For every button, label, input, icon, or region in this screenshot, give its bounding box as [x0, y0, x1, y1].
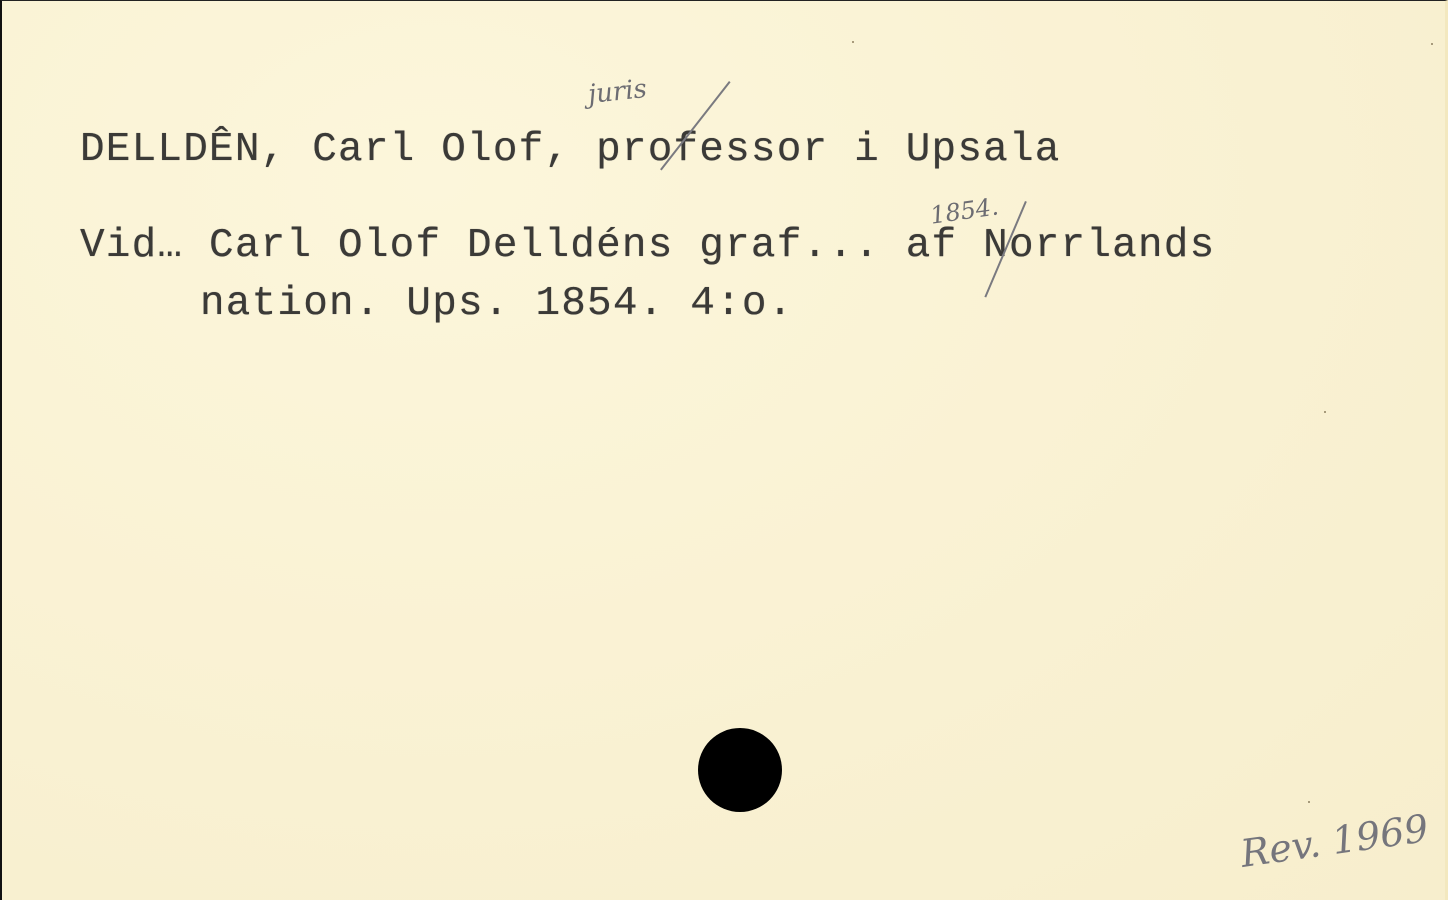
punch-hole: [698, 728, 782, 812]
paper-speck: [1431, 43, 1433, 45]
catalogue-card: DELLDÊN, Carl Olof, professor i Upsala V…: [0, 0, 1448, 900]
heading-entry: DELLDÊN, Carl Olof, professor i Upsala: [80, 127, 1061, 173]
paper-speck: [1308, 801, 1310, 803]
paper-speck: [852, 41, 854, 43]
title-line: Vid… Carl Olof Delldéns graf... af Norrl…: [80, 223, 1215, 269]
handwritten-juris: juris: [587, 74, 649, 110]
handwritten-revision-note: Rev. 1969: [1238, 806, 1431, 876]
imprint-line: nation. Ups. 1854. 4:o.: [200, 281, 794, 327]
paper-speck: [1324, 411, 1326, 413]
